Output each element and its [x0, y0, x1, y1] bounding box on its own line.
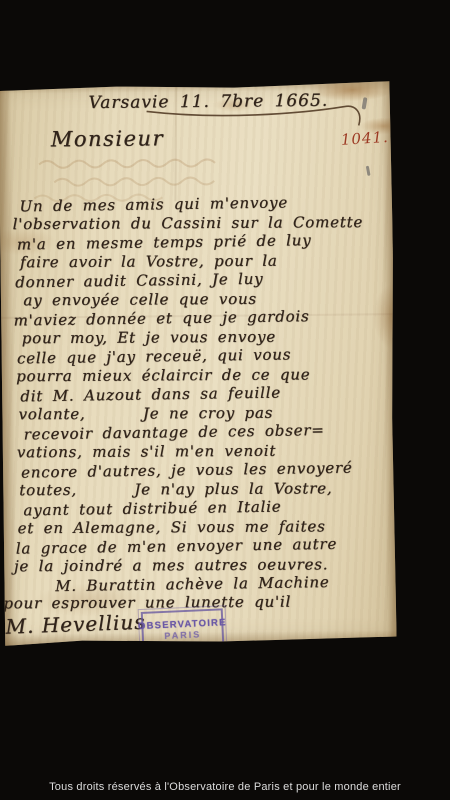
- copyright-caption: Tous droits réservés à l'Observatoire de…: [0, 781, 450, 793]
- letter-line: volante, Je ne croy pas: [18, 404, 273, 425]
- stamp-text-line2: PARIS: [164, 629, 201, 641]
- letter-line: pour moy, Et je vous envoye: [22, 328, 276, 349]
- letter-line: recevoir davantage de ces obser=: [24, 421, 325, 444]
- letter-line: vations, mais s'il m'en venoit: [17, 442, 276, 463]
- letter-place-date: Varsavie 11. 7bre 1665.: [88, 91, 328, 113]
- letter-salutation: Monsieur: [51, 126, 164, 151]
- letter-body: Un de mes amis qui m'envoye l'observatio…: [0, 81, 391, 85]
- archive-photo-page: { "page": { "caption": "Tous droits rése…: [0, 0, 450, 800]
- letter-line: pour esprouver une lunette qu'il: [3, 593, 291, 614]
- letter-line: ay envoyée celle que vous: [23, 290, 257, 310]
- pencil-smudge: [366, 166, 371, 176]
- manuscript-letter-page: Varsavie 11. 7bre 1665. Monsieur 1041. U…: [0, 81, 397, 646]
- letter-line: toutes, Je n'ay plus la Vostre,: [19, 479, 332, 500]
- observatoire-paris-stamp: OBSERVATOIRE PARIS: [141, 608, 225, 650]
- folio-number: 1041.: [340, 128, 389, 149]
- letter-line: donner audit Cassini, Je luy: [15, 270, 263, 293]
- letter-signature: M. Hevellius: [5, 610, 146, 639]
- pencil-smudge: [362, 97, 368, 109]
